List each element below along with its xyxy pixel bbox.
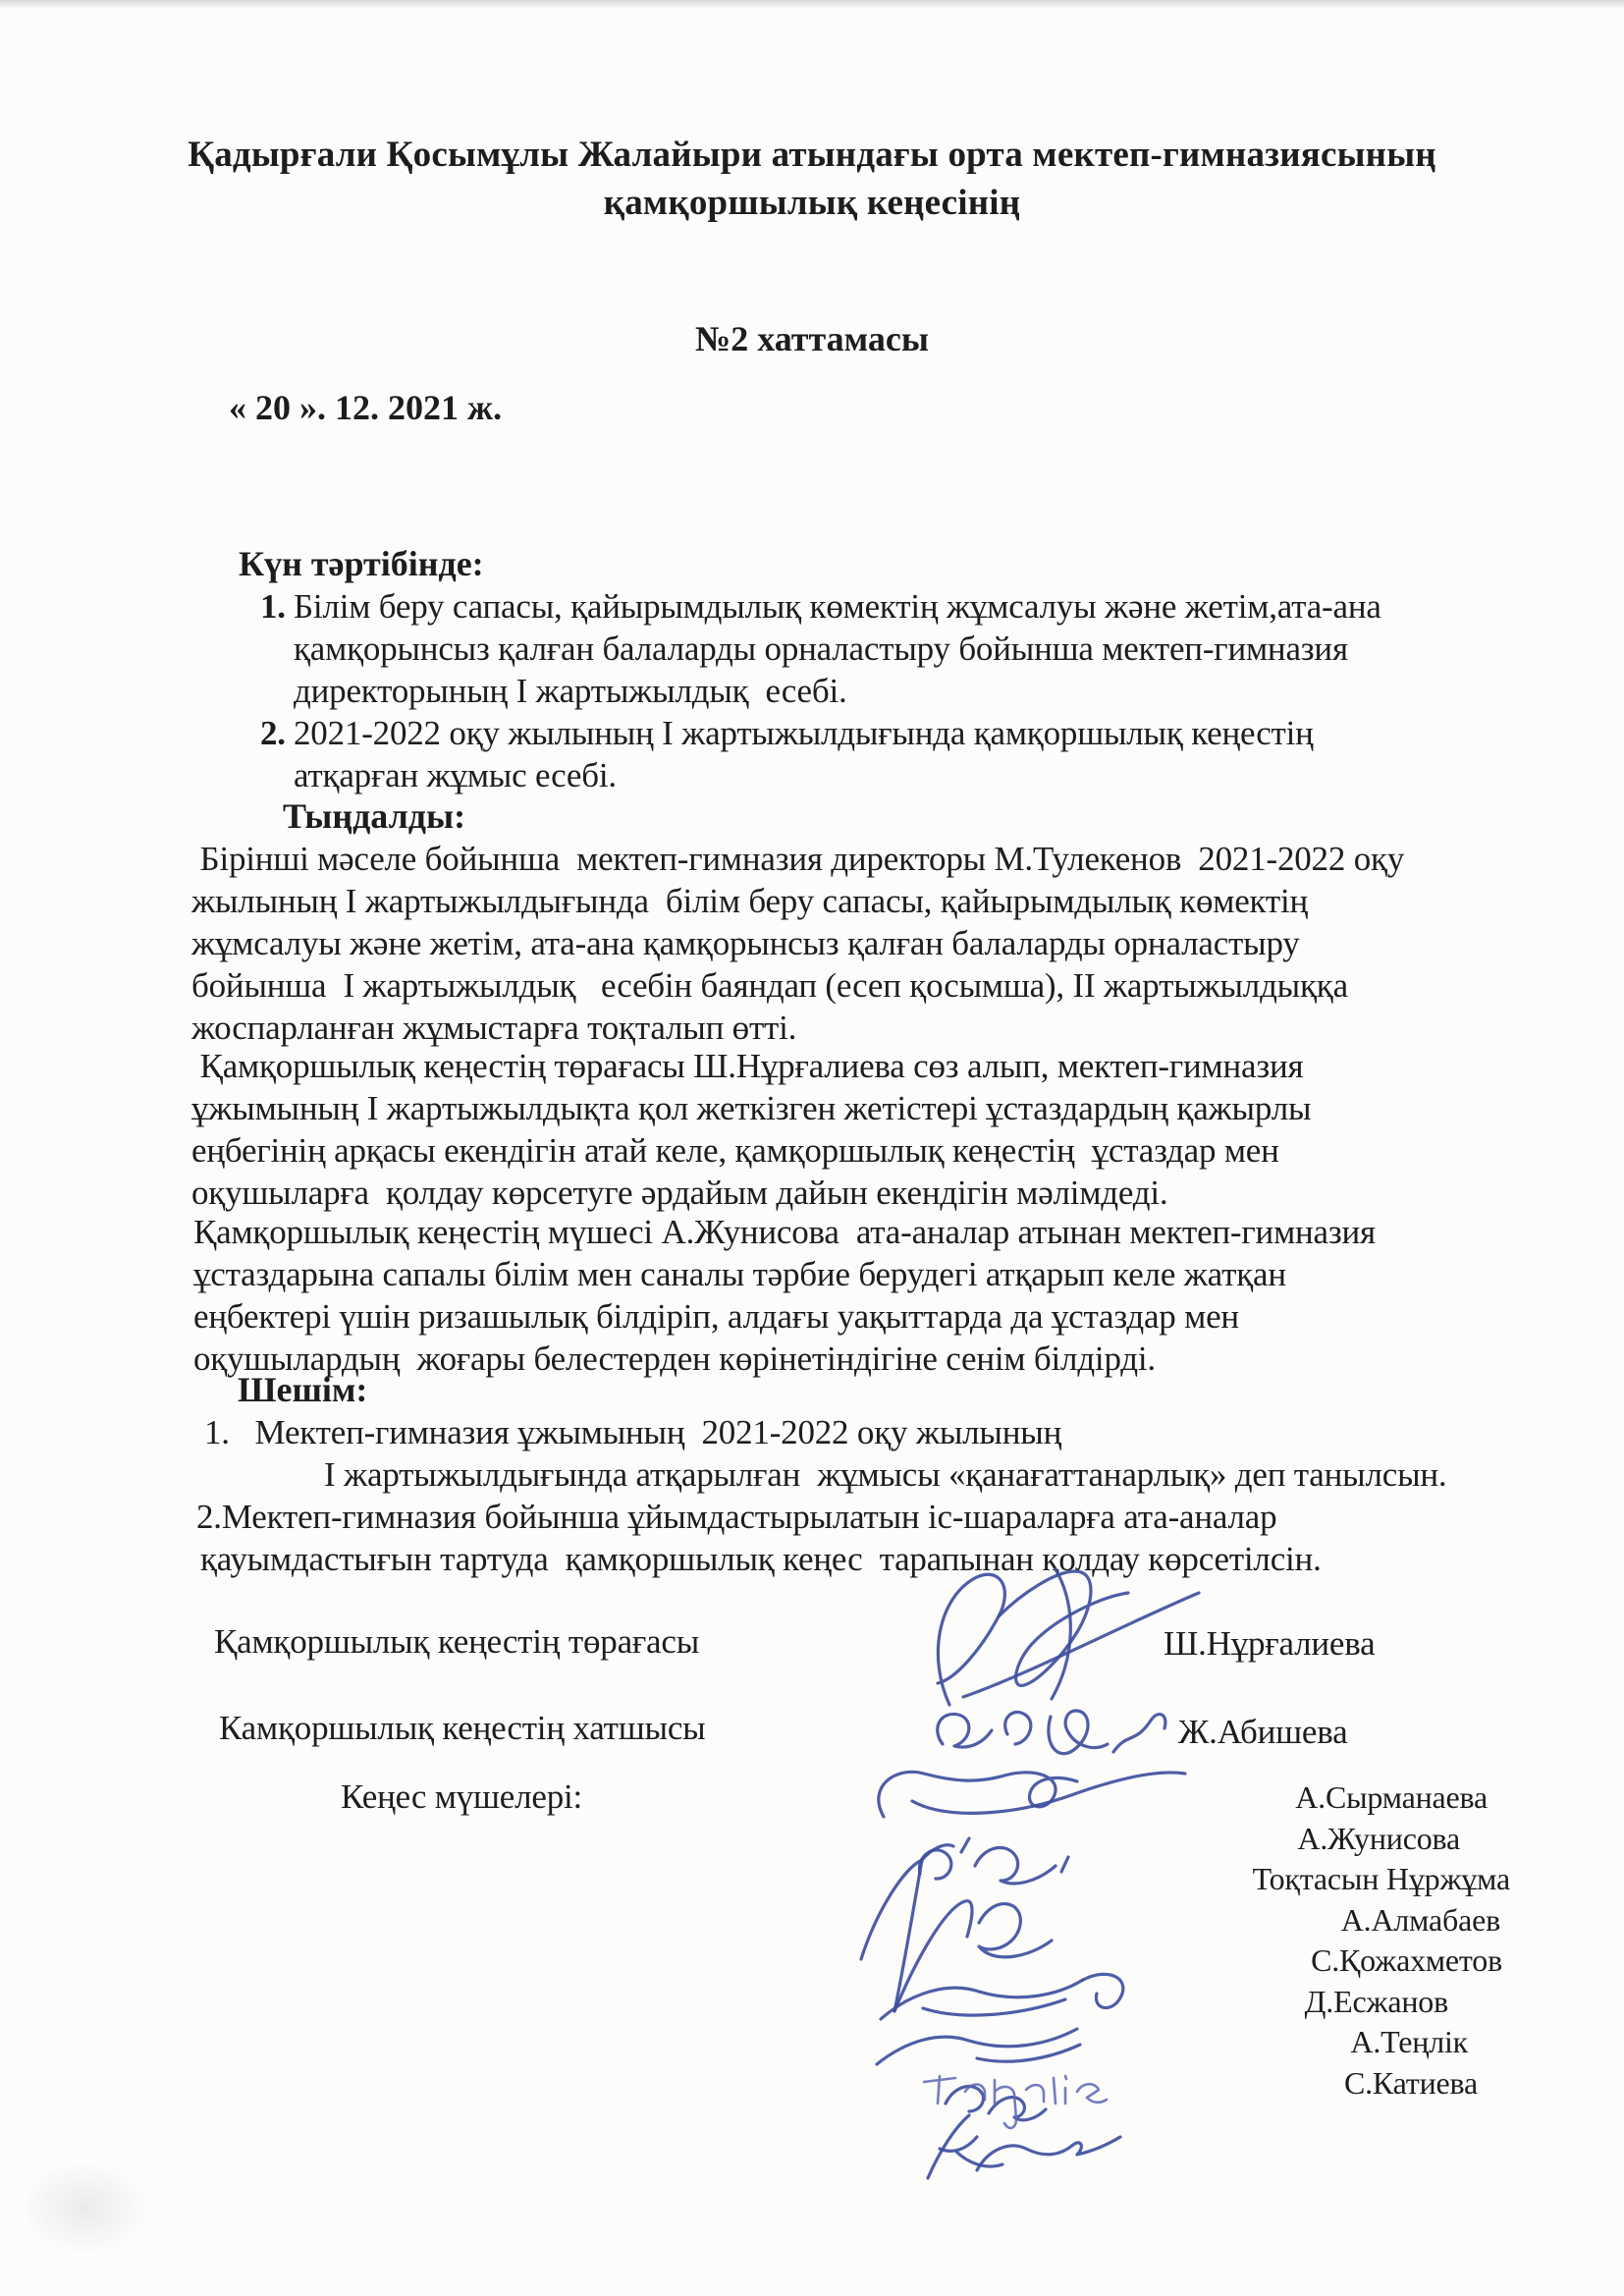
members-list: А.Сырманаева А.Жунисова Тоқтасын Нұржұма… bbox=[1253, 1777, 1510, 2104]
agenda-item-1-number: 1. bbox=[260, 585, 294, 628]
decision-item-2-line-1: 2.Мектеп-гимназия бойынша ұйымдастырылат… bbox=[196, 1496, 1446, 1538]
member-name: С.Катиева bbox=[1253, 2063, 1478, 2105]
decision-item-1-line-2: I жартыжылдығында атқарылған жұмысы «қан… bbox=[196, 1453, 1446, 1496]
text-line: Қамқоршылық кеңестің мүшесі А.Жунисова а… bbox=[193, 1211, 1376, 1253]
protocol-number: №2 хаттамасы bbox=[0, 319, 1624, 358]
text-line: оқушыларға қолдау көрсетуге әрдайым дайы… bbox=[191, 1172, 1311, 1214]
text-line: Бірінші мәселе бойынша мектеп-гимназия д… bbox=[191, 838, 1404, 880]
text-line: оқушылардың жоғары белестерден көрінетін… bbox=[193, 1338, 1376, 1380]
text-line: еңбегінің арқасы екендігін атай келе, қа… bbox=[191, 1129, 1311, 1172]
document-title: Қадырғали Қосымұлы Жалайыри атындағы орт… bbox=[0, 131, 1624, 227]
heard-paragraph-2: Қамқоршылық кеңестің төрағасы Ш.Нұрғалие… bbox=[191, 1045, 1311, 1214]
member-name: Д.Есжанов bbox=[1253, 1982, 1448, 2023]
text-line: Қамқоршылық кеңестің төрағасы Ш.Нұрғалие… bbox=[191, 1045, 1311, 1087]
chair-signature-label: Қамқоршылық кеңестің төрағасы bbox=[214, 1620, 699, 1663]
text-line: ұжымының I жартыжылдықта қол жеткізген ж… bbox=[191, 1087, 1311, 1129]
agenda-item-2-line-1: 2.2021-2022 оқу жылының I жартыжылдығынд… bbox=[260, 712, 1381, 754]
scan-edge-artifact bbox=[0, 0, 1624, 10]
agenda-item-2-text-1: 2021-2022 оқу жылының I жартыжылдығында … bbox=[294, 714, 1314, 752]
secretary-signature-label: Камқоршылық кеңестің хатшысы bbox=[219, 1707, 706, 1749]
agenda-item-2-text-2: атқарған жұмыс есебі. bbox=[260, 754, 1381, 796]
heard-heading: Тыңдалды: bbox=[283, 795, 465, 837]
member-name: А.Алмабаев bbox=[1253, 1900, 1500, 1941]
document-date: « 20 ». 12. 2021 ж. bbox=[229, 387, 502, 428]
document-page: Қадырғали Қосымұлы Жалайыри атындағы орт… bbox=[0, 0, 1624, 2296]
text-line: жұмсалуы және жетім, ата-ана қамқорынсыз… bbox=[191, 922, 1404, 964]
decision-item-1-line-1: 1. Мектеп-гимназия ұжымының 2021-2022 оқ… bbox=[196, 1411, 1446, 1453]
heard-paragraph-1: Бірінші мәселе бойынша мектеп-гимназия д… bbox=[191, 838, 1404, 1049]
text-line: ұстаздарына сапалы білім мен саналы тәрб… bbox=[193, 1253, 1376, 1295]
text-line: жоспарланған жұмыстарға тоқталып өтті. bbox=[191, 1007, 1404, 1049]
agenda-item-2-number: 2. bbox=[260, 712, 294, 754]
members-signatures-ink bbox=[830, 1758, 1281, 2200]
text-line: жылының I жартыжылдығында білім беру сап… bbox=[191, 880, 1404, 922]
agenda-list: 1.Білім беру сапасы, қайырымдылық көмект… bbox=[260, 585, 1381, 796]
member-name: Тоқтасын Нұржұма bbox=[1253, 1859, 1510, 1900]
heard-paragraph-3: Қамқоршылық кеңестің мүшесі А.Жунисова а… bbox=[193, 1211, 1376, 1380]
member-name: С.Қожахметов bbox=[1253, 1941, 1502, 1982]
text-line: бойынша I жартыжылдық есебін баяндап (ес… bbox=[191, 964, 1404, 1007]
decision-item-2-line-2: қауымдастығын тартуда қамқоршылық кеңес … bbox=[196, 1538, 1446, 1580]
scan-smudge-artifact bbox=[22, 2161, 149, 2255]
text-line: еңбектері үшін ризашылық білдіріп, алдағ… bbox=[193, 1295, 1376, 1338]
members-heading: Кеңес мүшелері: bbox=[341, 1776, 582, 1818]
document-title-line1: Қадырғали Қосымұлы Жалайыри атындағы орт… bbox=[0, 131, 1624, 179]
member-name: А.Теңлік bbox=[1253, 2022, 1468, 2063]
agenda-heading: Күн тәртібінде: bbox=[239, 543, 484, 584]
decision-list: 1. Мектеп-гимназия ұжымының 2021-2022 оқ… bbox=[196, 1411, 1446, 1580]
secretary-name: Ж.Абишева bbox=[1178, 1711, 1347, 1753]
member-name: А.Сырманаева bbox=[1253, 1777, 1488, 1819]
member-name: А.Жунисова bbox=[1253, 1819, 1460, 1860]
document-title-line2: қамқоршылық кеңесінің bbox=[0, 179, 1624, 227]
agenda-item-1-line-1: 1.Білім беру сапасы, қайырымдылық көмект… bbox=[260, 585, 1381, 628]
agenda-item-1-text-3: директорының I жартыжылдық есебі. bbox=[260, 670, 1381, 712]
agenda-item-1-text-2: қамқорынсыз қалған балаларды орналастыру… bbox=[260, 628, 1381, 670]
agenda-item-1-text-1: Білім беру сапасы, қайырымдылық көмектің… bbox=[294, 587, 1381, 626]
decision-heading: Шешім: bbox=[238, 1369, 367, 1410]
